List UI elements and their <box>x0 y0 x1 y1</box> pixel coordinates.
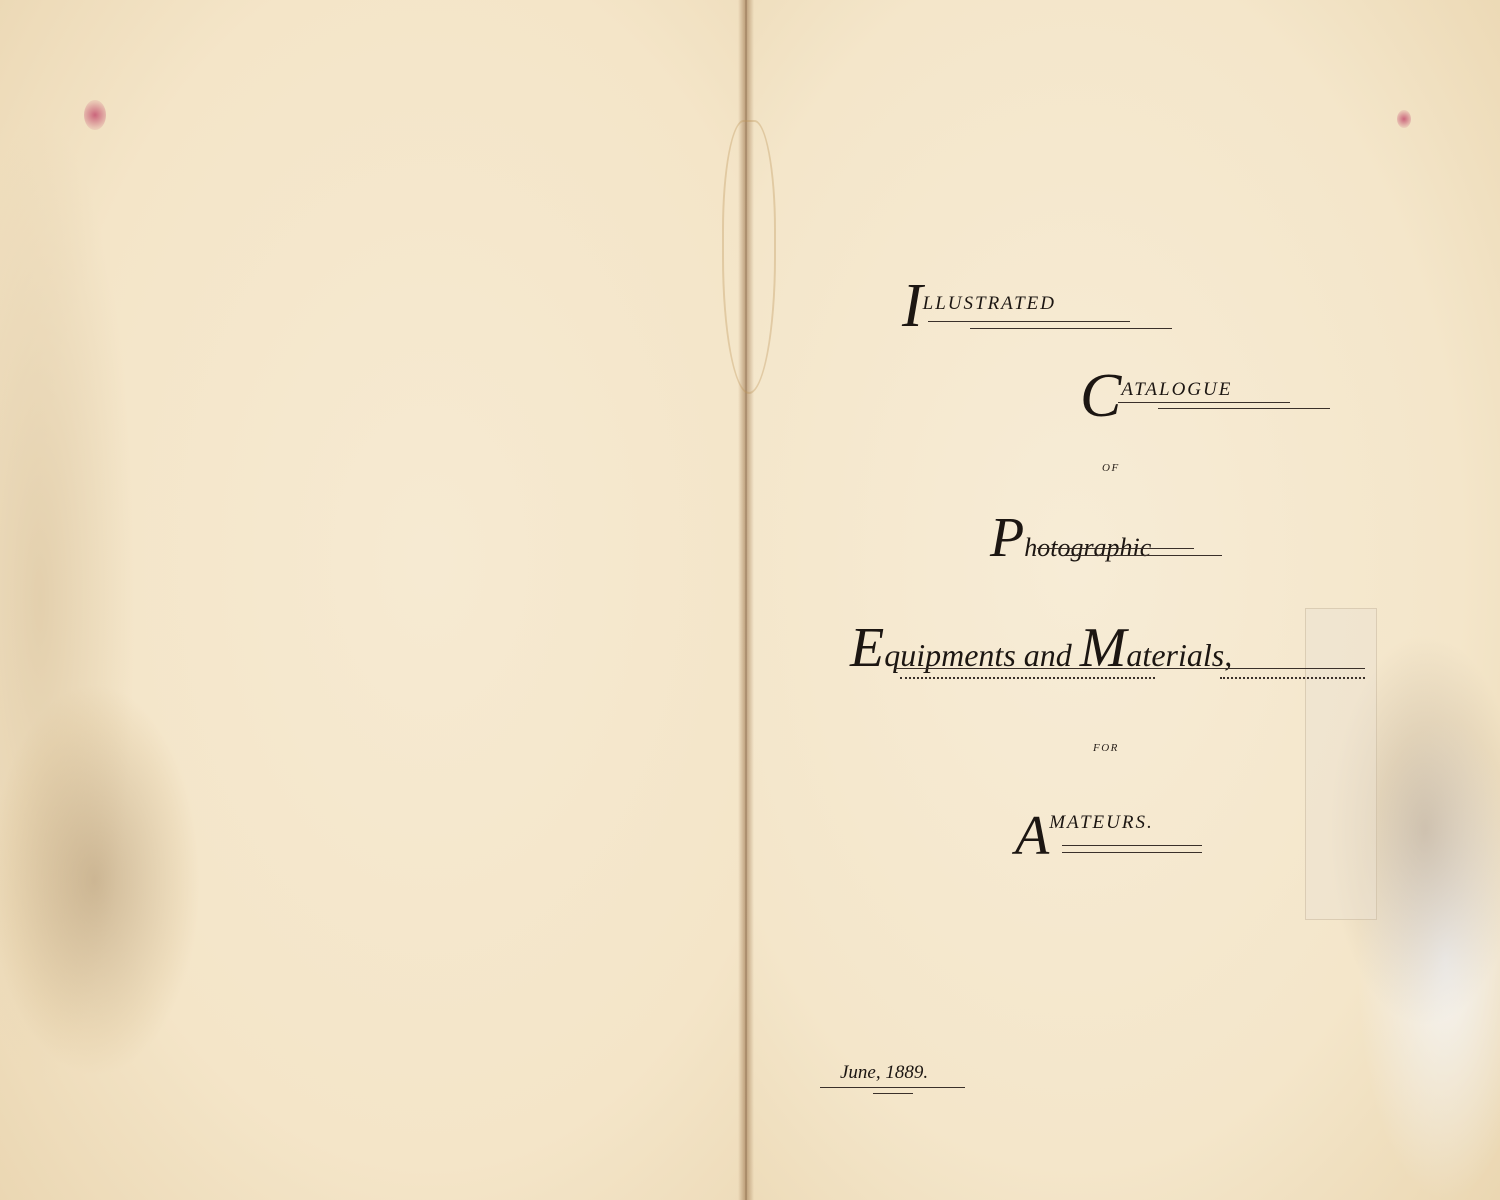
dotted-rule <box>900 675 1155 679</box>
title-line-amateurs: AMATEURS. <box>1015 808 1154 864</box>
ink-spot <box>1397 110 1411 128</box>
underline-rule <box>1037 548 1194 549</box>
tape-repair-patch <box>1305 608 1377 920</box>
underline-rule <box>873 1093 913 1094</box>
drop-initial: A <box>1015 805 1049 867</box>
water-stain <box>722 120 776 394</box>
underline-rule <box>1118 402 1290 403</box>
dotted-rule <box>1220 675 1365 679</box>
drop-initial: P <box>990 507 1024 569</box>
underline-rule <box>820 1087 965 1088</box>
title-word: LLUSTRATED <box>923 293 1056 314</box>
left-page-blank <box>0 0 745 1200</box>
drop-initial: C <box>1080 362 1121 430</box>
drop-initial: I <box>902 272 923 340</box>
title-line-catalogue: CATALOGUE <box>1080 365 1232 427</box>
ink-spot <box>84 100 106 130</box>
underline-rule <box>928 321 1130 322</box>
right-page-title <box>745 0 1500 1200</box>
title-line-photographic: Photographic <box>990 510 1151 566</box>
underline-rule <box>1062 852 1202 853</box>
underline-rule <box>895 668 1365 669</box>
title-word: ATALOGUE <box>1121 379 1232 400</box>
title-word: MATEURS. <box>1049 812 1153 833</box>
book-spread: ILLUSTRATED CATALOGUE OF Photographic Eq… <box>0 0 1500 1200</box>
drop-initial: M <box>1080 617 1127 679</box>
underline-rule <box>1158 408 1330 409</box>
underline-rule <box>970 328 1172 329</box>
connector-of: OF <box>1102 462 1120 474</box>
drop-initial: E <box>850 617 884 679</box>
connector-for: FOR <box>1093 742 1119 754</box>
underline-rule <box>1062 845 1202 846</box>
publication-date: June, 1889. <box>840 1062 928 1084</box>
underline-rule <box>1065 555 1222 556</box>
